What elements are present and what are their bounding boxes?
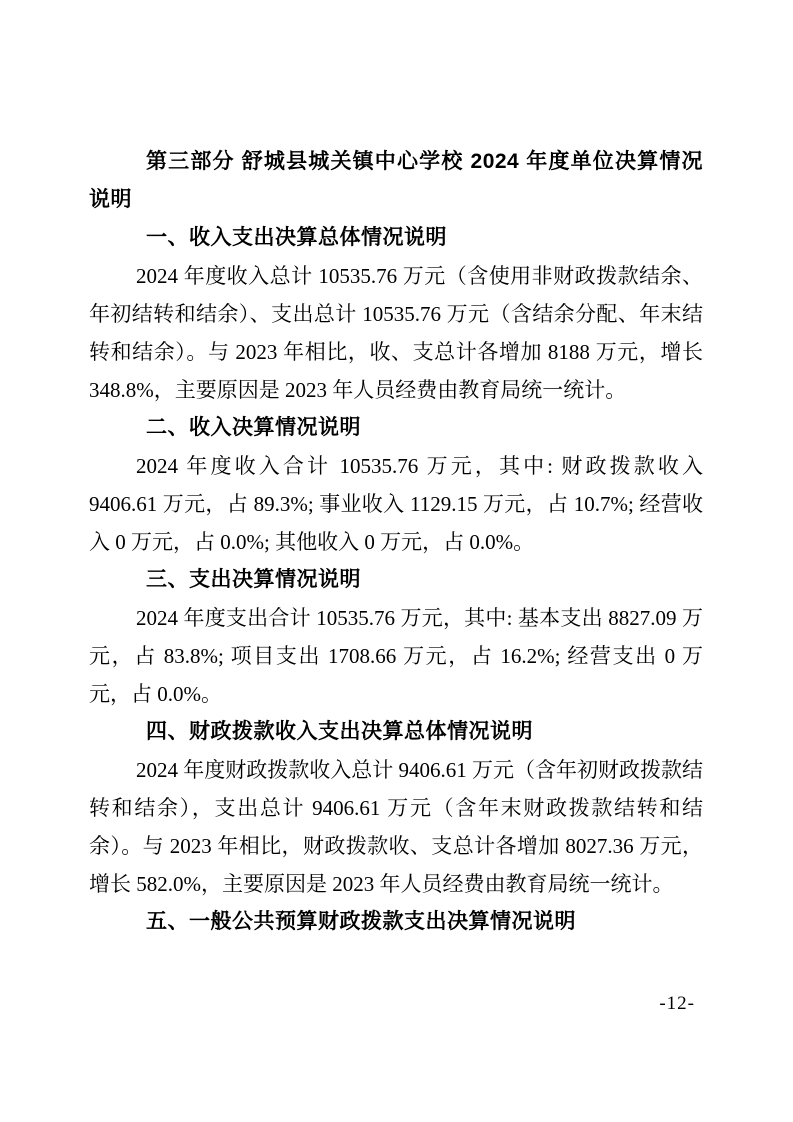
section-4-paragraph: 2024 年度财政拨款收入总计 9406.61 万元（含年初财政拨款结转和结余）… [89, 751, 703, 903]
section-5-heading: 五、一般公共预算财政拨款支出决算情况说明 [89, 903, 703, 941]
section-3-heading: 三、支出决算情况说明 [89, 561, 703, 599]
section-4-heading: 四、财政拨款收入支出决算总体情况说明 [89, 713, 703, 751]
page-number: -12- [659, 993, 695, 1015]
section-2-heading: 二、收入决算情况说明 [89, 409, 703, 447]
section-2-paragraph: 2024 年度收入合计 10535.76 万元，其中: 财政拨款收入 9406.… [89, 447, 703, 561]
part-three-title: 第三部分 舒城县城关镇中心学校 2024 年度单位决算情况说明 [89, 143, 703, 219]
section-3-paragraph: 2024 年度支出合计 10535.76 万元，其中: 基本支出 8827.09… [89, 599, 703, 713]
section-1-heading: 一、收入支出决算总体情况说明 [89, 219, 703, 257]
document-body: 第三部分 舒城县城关镇中心学校 2024 年度单位决算情况说明 一、收入支出决算… [89, 143, 703, 941]
section-1-paragraph: 2024 年度收入总计 10535.76 万元（含使用非财政拨款结余、年初结转和… [89, 257, 703, 409]
document-page: 第三部分 舒城县城关镇中心学校 2024 年度单位决算情况说明 一、收入支出决算… [0, 0, 793, 1122]
